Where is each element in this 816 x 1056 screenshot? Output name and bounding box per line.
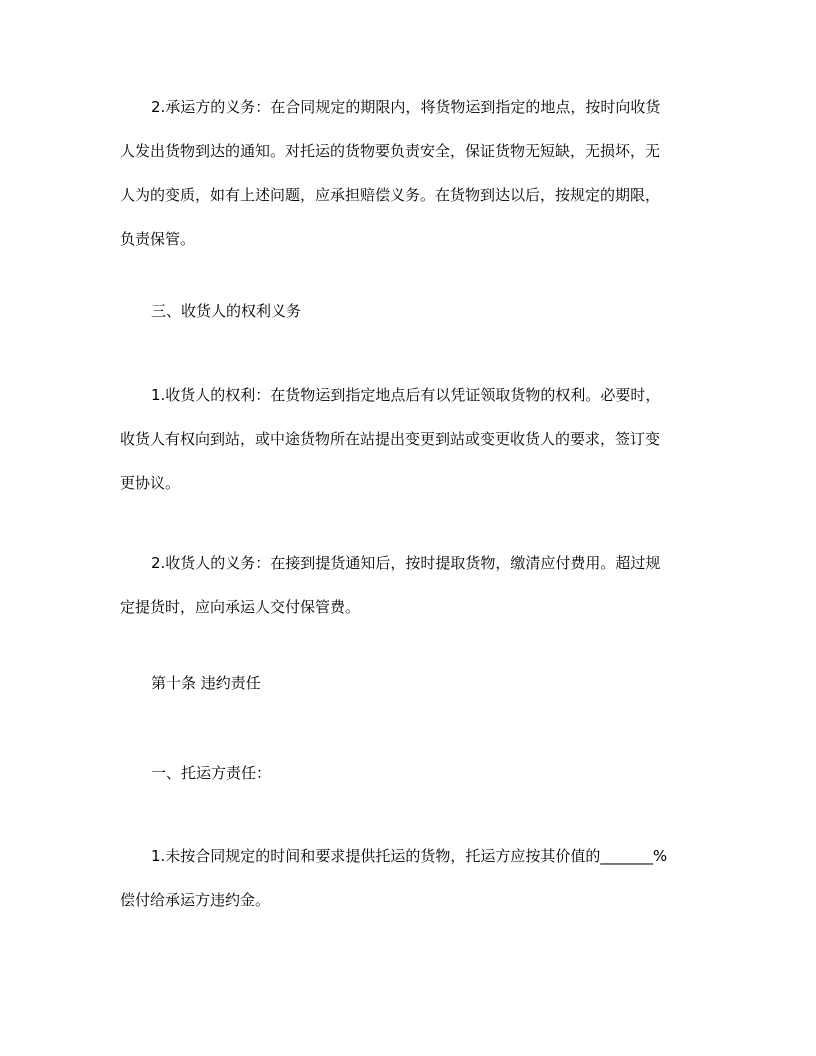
text-line: 2.收货人的义务：在接到提货通知后，按时提取货物，缴清应付费用。超过规 [120, 541, 697, 585]
text-line: 负责保管。 [120, 217, 697, 261]
text-line: 收货人有权向到站，或中途货物所在站提出变更到站或变更收货人的要求，签订变 [120, 417, 697, 461]
heading-breach-liability: 第十条 违约责任 [120, 661, 697, 705]
text-line: 1.未按合同规定的时间和要求提供托运的货物，托运方应按其价值的_______% [120, 834, 697, 878]
text-line: 偿付给承运方违约金。 [120, 878, 697, 922]
paragraph-consignee-rights: 1.收货人的权利：在货物运到指定地点后有以凭证领取货物的权利。必要时， 收货人有… [120, 373, 697, 505]
text-line: 人发出货物到达的通知。对托运的货物要负责安全，保证货物无短缺，无损坏，无 [120, 129, 697, 173]
heading-line: 第十条 违约责任 [120, 661, 697, 705]
heading-consignee-rights-obligations: 三、收货人的权利义务 [120, 289, 697, 333]
heading-shipper-liability: 一、托运方责任： [120, 751, 697, 795]
text-line: 定提货时，应向承运人交付保管费。 [120, 585, 697, 629]
text-line: 2.承运方的义务：在合同规定的期限内，将货物运到指定的地点，按时向收货 [120, 85, 697, 129]
text-line: 1.收货人的权利：在货物运到指定地点后有以凭证领取货物的权利。必要时， [120, 373, 697, 417]
text-line: 人为的变质，如有上述问题，应承担赔偿义务。在货物到达以后，按规定的期限， [120, 173, 697, 217]
heading-line: 一、托运方责任： [120, 751, 697, 795]
heading-line: 三、收货人的权利义务 [120, 289, 697, 333]
paragraph-consignee-obligations: 2.收货人的义务：在接到提货通知后，按时提取货物，缴清应付费用。超过规 定提货时… [120, 541, 697, 629]
document-page: 2.承运方的义务：在合同规定的期限内，将货物运到指定的地点，按时向收货 人发出货… [0, 0, 816, 1056]
paragraph-shipper-penalty: 1.未按合同规定的时间和要求提供托运的货物，托运方应按其价值的_______% … [120, 834, 697, 922]
paragraph-carrier-obligations: 2.承运方的义务：在合同规定的期限内，将货物运到指定的地点，按时向收货 人发出货… [120, 85, 697, 261]
text-line: 更协议。 [120, 461, 697, 505]
